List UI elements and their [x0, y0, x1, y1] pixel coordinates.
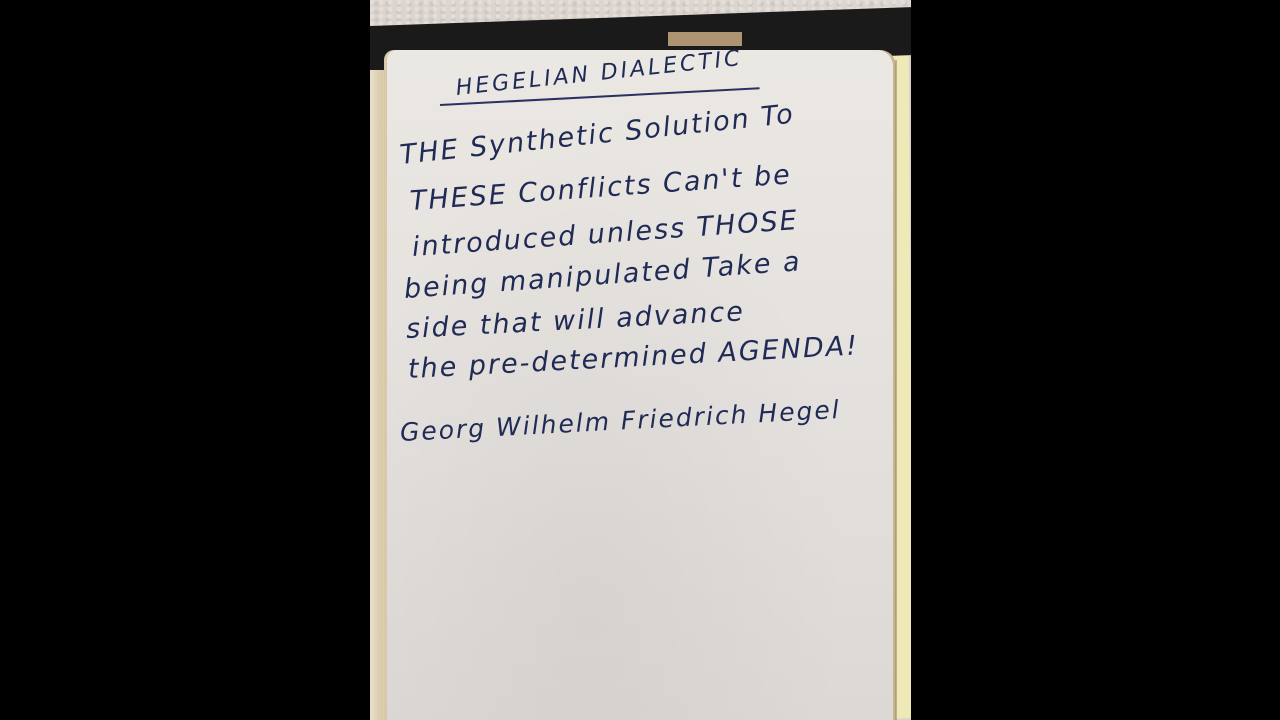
- handwritten-note: Hegelian Dialectic THE Synthetic Solutio…: [370, 0, 911, 720]
- video-frame: Hegelian Dialectic THE Synthetic Solutio…: [0, 0, 1280, 720]
- note-attribution: Georg Wilhelm Friedrich Hegel: [399, 395, 841, 447]
- note-line-1: THE Synthetic Solution To: [398, 99, 796, 171]
- note-line-5: side that will advance: [405, 296, 745, 345]
- note-title: Hegelian Dialectic: [455, 46, 744, 101]
- notebook-photo: Hegelian Dialectic THE Synthetic Solutio…: [370, 0, 911, 720]
